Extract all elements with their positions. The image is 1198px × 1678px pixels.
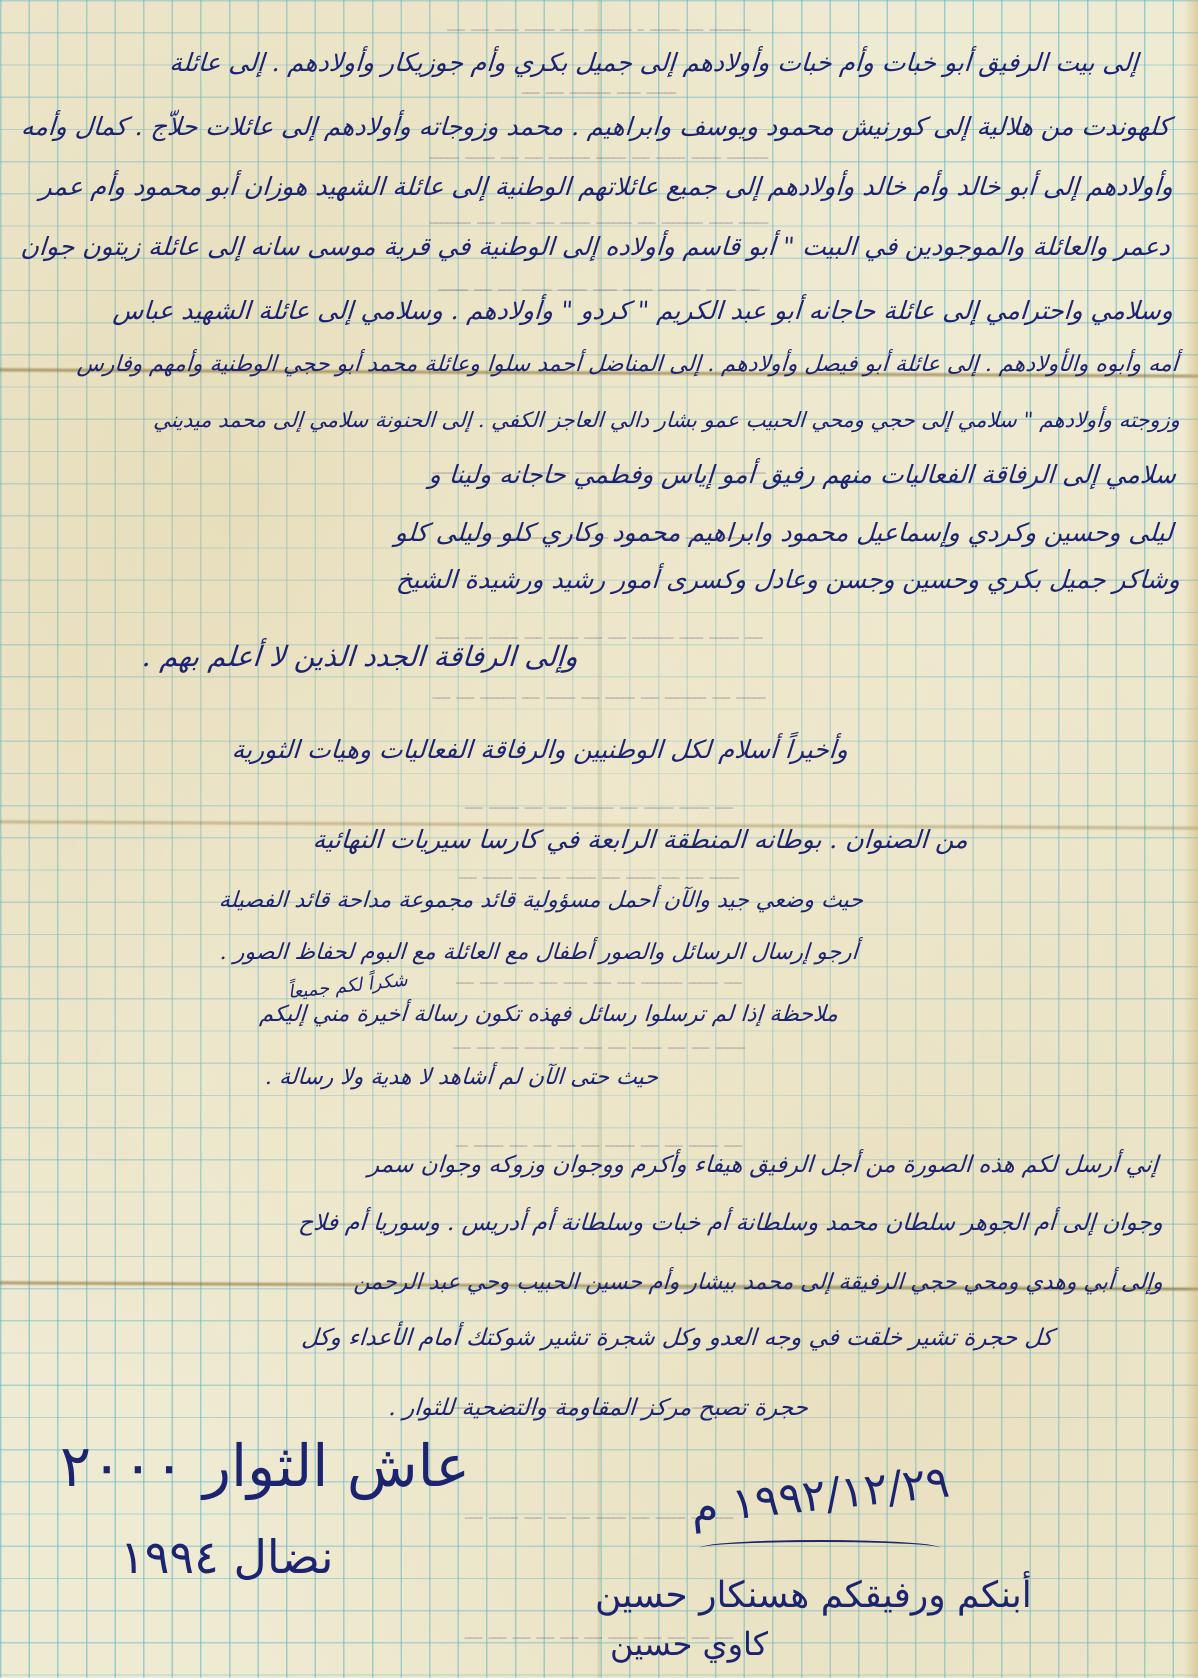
bleed-through-text: ـــ ـــ ـــــ ـــ ـــــ ـــ ـــ ـــ ــــ… <box>0 1500 1198 1524</box>
letter-line: وأولادهم إلى أبو خالد وأم خالد وأولادهم … <box>7 172 1174 201</box>
letter-line: إني أرسل لكم هذه الصورة من أجل الرفيق هي… <box>27 1152 1159 1178</box>
letter-line: وسلامي واحترامي إلى عائلة حاجانه أبو عبد… <box>7 296 1174 325</box>
letter-line: كلهوندت من هلالية إلى كورنيش محمود ويوسف… <box>9 112 1171 141</box>
letter-line: إلى بيت الرفيق أبو خبات وأم خبات وأولاده… <box>7 48 1139 77</box>
bleed-through-text: ـــــ ــــ ـــــــ ـــ ـــ <box>0 75 1198 99</box>
bleed-through-text: ـــــ ـــ ـــــــ ـــ ـــــ ـــ ـــــ ــ… <box>0 680 1198 704</box>
letter-line: دعمر والعائلة والموجودين في البيت " أبو … <box>9 232 1171 261</box>
letter-page: ـــــــ ـــ ـــــ ـ ــــــــ ـــ ـــــ ـ… <box>0 0 1198 1678</box>
bleed-through-text: ـــ ـــــ ـــــ ـــ ـــــــ ـــ ـــ ــــ… <box>0 790 1198 814</box>
bleed-through-text: ـــ ـــ ـــ ـــ ـــــ ـــ ـــ ـــ ـــ ــ… <box>0 1620 1198 1644</box>
letter-line: كل حجرة تشير خلقت في وجه العدو وكل شجرة … <box>32 1325 1054 1351</box>
letter-line: وزوجته وأولادهم " سلامي إلى حجي ومحي الح… <box>4 408 1181 432</box>
letter-line: حيث حتى الآن لم أشاهد لا هدية ولا رسالة … <box>37 1065 659 1090</box>
letter-line: وأخيراً أسلام لكل الوطنيين والرفاقة الفع… <box>27 735 849 764</box>
bleed-through-text: ـــ ـــــ ـــ ـــ ـــــ ـــ ـــ ـــ ـــ … <box>0 1128 1198 1152</box>
bleed-through-text: ـــــــ ـــ ـــــ ـ ــــــــ ـــ ـــــ ـ… <box>0 12 1198 36</box>
closing-year-stamp: نضال ١٩٩٤ <box>120 1530 334 1584</box>
closing-slogan: عاش الثوار ٢٠٠٠ <box>60 1432 470 1500</box>
signature-flourish <box>700 1540 940 1556</box>
bleed-through-text: ـــــ ـــ ـــ ـــــ ـــ ـــــ ـــ ـــ ــ… <box>0 860 1198 884</box>
letter-line: وإلى أبي وهدي ومحي حجي الرفيقة إلى محمد … <box>22 1270 1164 1295</box>
letter-line: حجرة تصبح مركز المقاومة والتضحية للثوار … <box>27 1395 809 1421</box>
signature-line-1: أبنكم ورفيقكم هسنكار حسين <box>595 1575 1032 1616</box>
bleed-through-text: ـــــ ــــ ـــــــ ـــ ــــــ ـــــ ـــ … <box>0 205 1198 229</box>
letter-line: وشاكر جميل بكري وحسين وجسن وعادل وكسرى أ… <box>9 565 1181 594</box>
bleed-through-text: ـــ ـــــ ـــــــ ـــــ ــــ ـــــ ـــــ… <box>0 272 1198 296</box>
letter-line: ليلى وحسين وكردي وإسماعيل محمود وابراهيم… <box>22 518 1174 547</box>
letter-line: أرجو إرسال الرسائل والصور أطفال مع العائ… <box>27 940 859 965</box>
signature-line-2: كاوي حسين <box>610 1625 768 1663</box>
letter-line: حيث وضعي جيد والآن أحمل مسؤولية قائد مجم… <box>32 888 864 913</box>
bleed-through-text: ـــــــ ـــــ ـــــ ـــ ـــــ ـــــــ ــ… <box>0 140 1198 164</box>
letter-line: وإلى الرفاقة الجدد الذين لا أعلم بهم . <box>17 640 579 673</box>
letter-line: أمه وأبوه والأولادهم . إلى عائلة أبو فيص… <box>7 352 1179 377</box>
letter-line: سلامي إلى الرفاقة الفعاليات منهم رفيق أم… <box>15 460 1177 489</box>
bleed-through-text: ـــــ ـــ ـــ ـــــ ـــ ـــ ـــ ـــــ ــ… <box>0 1030 1198 1054</box>
letter-line: ملاحظة إذا لم ترسلوا رسائل فهذه تكون رسا… <box>37 1002 839 1027</box>
letter-line: وجوان إلى أم الجوهر سلطان محمد وسلطانة أ… <box>22 1210 1164 1236</box>
bleed-through-text: ـــ ـــــ ـــــــ ـــ ـــ ــــ ـــ ـــــ… <box>0 965 1198 989</box>
letter-line: من الصنوان . بوطانه المنطقة الرابعة في ك… <box>27 825 969 854</box>
paper-edge <box>1184 0 1198 1678</box>
